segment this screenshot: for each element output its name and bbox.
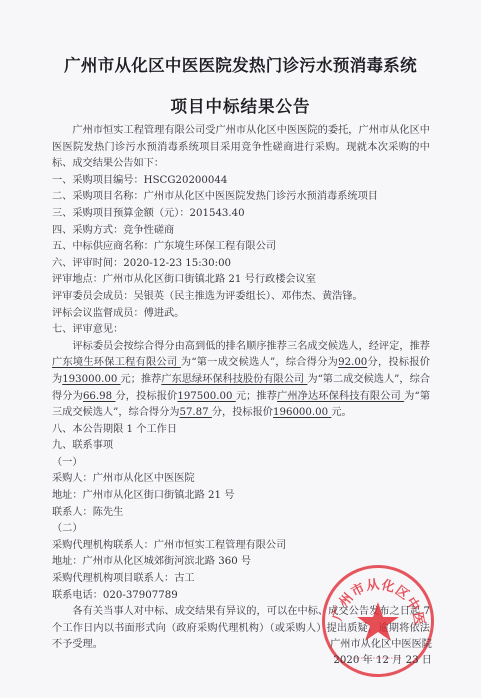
agency-address: 地址：广州市从化区城郊街河滨北路 360 号 [52,554,430,571]
candidate-1-label: 为“第一成交候选人”，综合得分为 [181,357,338,368]
candidate-1-score: 92.00 [338,357,367,368]
notice-period: 八、本公告期限 1 个工作日 [52,422,430,439]
review-time: 六、评审时间：2020-12-23 15:30:00 [52,256,430,273]
agency-project-contact: 采购代理机构项目联系人：古工 [52,571,430,588]
candidate-2-score: 66.98 [83,391,116,402]
candidate-1-tail: 元；推荐 [121,374,162,385]
document-body: 广州市恒实工程管理有限公司受广州市从化区中医医院的委托，广州市从化区中医医院发热… [52,123,430,654]
supervisor: 评标会议监督成员：傅进武。 [52,306,430,323]
candidate-2-price: 197500.00 [177,391,235,402]
project-budget: 三、采购项目预算金额（元）：201543.40 [52,206,430,223]
purchaser-address: 地址：广州市从化区街口街镇北路 21 号 [52,488,430,505]
document-title: 广州市从化区中医医院发热门诊污水预消毒系统 [0,52,481,76]
opinion-lead: 评标委员会按综合得分由高到低的排名顺序推荐三名成交候选人，经评定，推荐 [72,341,430,352]
document-subtitle: 项目中标结果公告 [0,93,481,117]
candidate-3-price: 196000.00 [273,407,331,418]
candidate-3-tail: 元。 [331,407,351,418]
procurement-method: 四、采购方式：竞争性磋商 [52,223,430,240]
project-name: 二、采购项目名称：广州市从化区中医医院发热门诊污水预消毒系统项目 [52,189,430,206]
intro-paragraph: 广州市恒实工程管理有限公司受广州市从化区中医医院的委托，广州市从化区中医医院发热… [52,123,430,173]
purchaser-contact: 联系人：陈先生 [52,505,430,522]
candidate-1-price: 193000.00 [62,374,120,385]
announcement-page: 广州市从化区中医医院发热门诊污水预消毒系统 项目中标结果公告 广州市恒实工程管理… [0,0,481,698]
purchaser: 采购人：广州市从化区中医医院 [52,471,430,488]
candidate-3-score: 57.87 [179,407,211,418]
candidate-1-name: 广东境生环保工程有限公司 [52,357,181,368]
candidate-2-score-unit: 分，投标报价 [115,391,177,402]
review-place: 评审地点：广州市从化区街口街镇北路 21 号行政楼会议室 [52,272,430,289]
candidate-3-score-unit: 分，投标报价 [212,407,273,418]
winning-supplier: 五、中标供应商名称：广东境生环保工程有限公司 [52,239,430,256]
agency: 采购代理机构联系人：广州市恒实工程管理有限公司 [52,538,430,555]
review-opinion-paragraph: 评标委员会按综合得分由高到低的排名顺序推荐三名成交候选人，经评定，推荐 广东境生… [52,339,430,422]
candidate-2-tail: 元；推荐 [236,391,277,402]
project-number: 一、采购项目编号：HSCG20200044 [52,173,430,190]
opinion-heading: 七、评审意见： [52,322,430,339]
candidate-3-name: 广州净达环保科技有限公司 [277,391,404,402]
agency-phone: 联系电话：020-37907789 [52,588,430,605]
signature-block: 广州市从化区中医医院 2020 年 12 月 23 日 [322,637,432,669]
signature-org: 广州市从化区中医医院 [322,637,432,653]
contact-2-label: （二） [52,521,430,538]
contacts-heading: 九、联系事项 [52,438,430,455]
candidate-2-name: 广东思绿环保科技股份有限公司 [161,374,307,385]
signature-date: 2020 年 12 月 23 日 [322,653,432,669]
committee-members: 评审委员会成员：吴银英（民主推选为评委组长）、邓伟杰、黄浩锋。 [52,289,430,306]
contact-1-label: （一） [52,455,430,472]
